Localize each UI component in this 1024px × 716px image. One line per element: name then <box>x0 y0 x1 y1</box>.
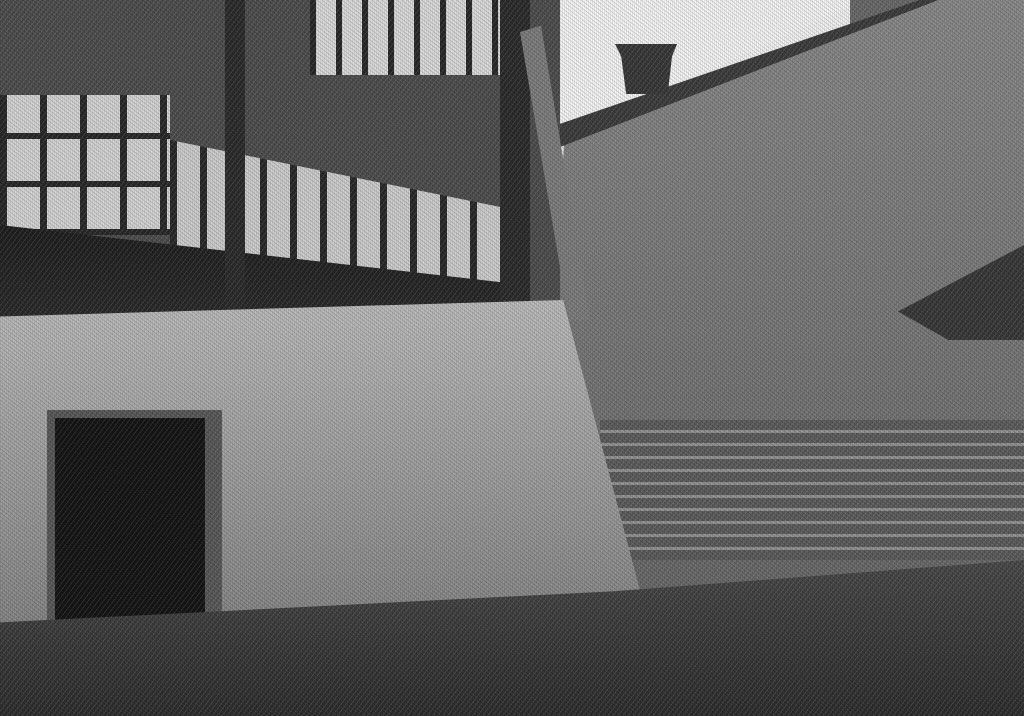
stone-masonry <box>600 420 1024 560</box>
photo-scene <box>0 0 1024 716</box>
wooden-post <box>225 0 245 310</box>
window-left <box>0 95 170 235</box>
dark-doorway <box>55 418 205 630</box>
upper-window-grid <box>310 0 500 75</box>
